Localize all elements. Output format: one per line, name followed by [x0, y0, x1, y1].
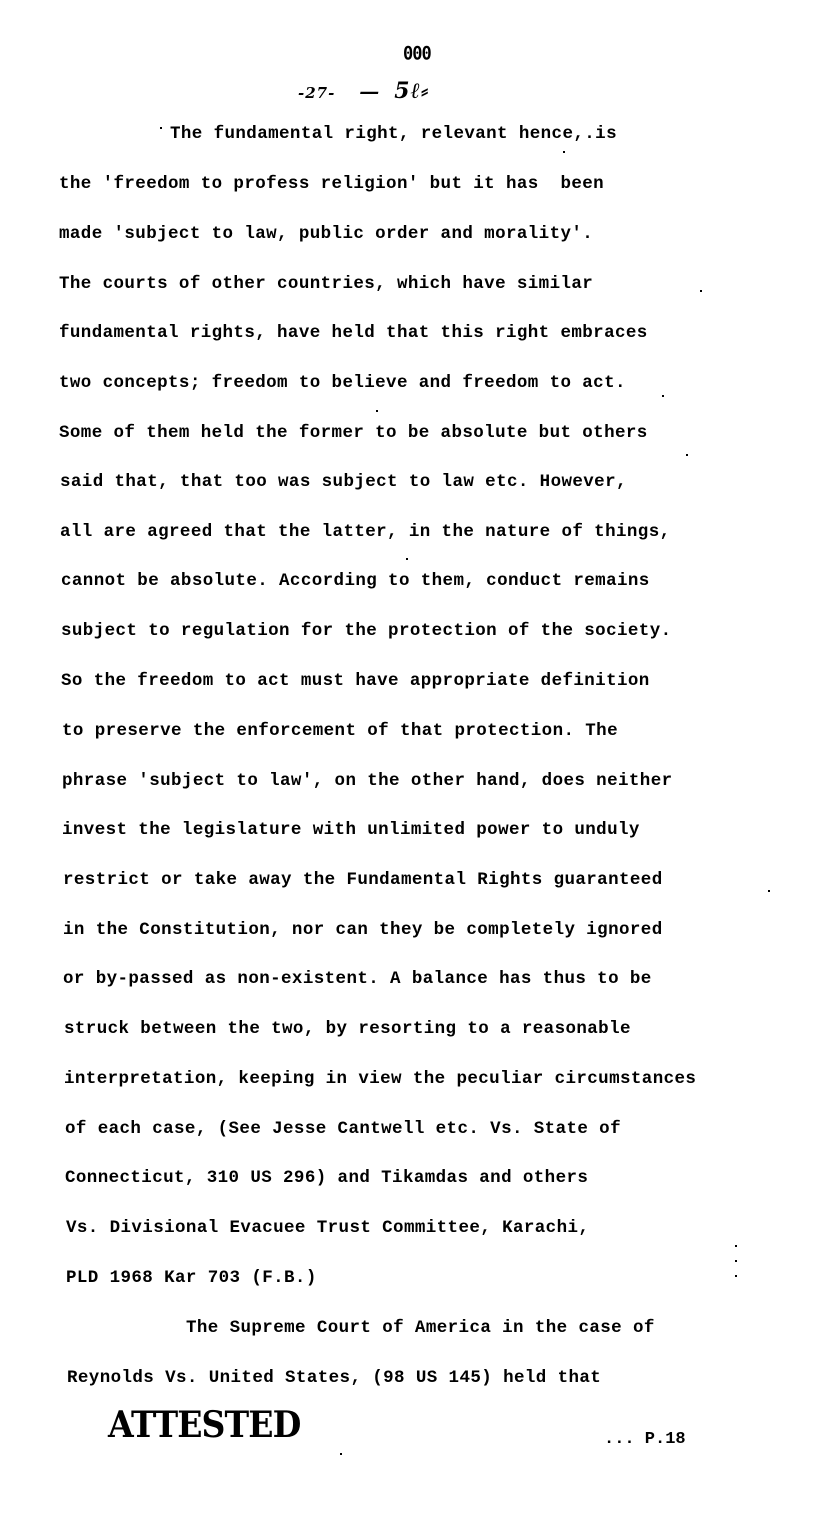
handwritten-mark-new-page: 5ℓ⸗: [394, 78, 429, 104]
scan-speck: [768, 890, 770, 892]
scan-speck: [563, 151, 565, 153]
document-page: 000 -27- — 5ℓ⸗ The fundamental right, re…: [0, 0, 840, 1540]
paragraph-1-line: in the Constitution, nor can they be com…: [63, 920, 663, 940]
paragraph-1-line: The courts of other countries, which hav…: [59, 274, 593, 294]
paragraph-1-line: to preserve the enforcement of that prot…: [62, 721, 618, 741]
paragraph-1-line: PLD 1968 Kar 703 (F.B.): [66, 1268, 317, 1288]
paragraph-1-line: made 'subject to law, public order and m…: [59, 224, 593, 244]
scan-speck: [376, 410, 378, 412]
paragraph-1-line: subject to regulation for the protection…: [61, 621, 672, 641]
paragraph-1-line: So the freedom to act must have appropri…: [61, 671, 650, 691]
handwritten-mark-original-page: -27-: [298, 84, 335, 102]
paragraph-1-line: fundamental rights, have held that this …: [59, 323, 648, 343]
scan-speck: [735, 1260, 737, 1262]
paragraph-1-line: struck between the two, by resorting to …: [64, 1019, 631, 1039]
scan-speck: [735, 1275, 737, 1277]
paragraph-1-line: all are agreed that the latter, in the n…: [60, 522, 671, 542]
attested-stamp: ATTESTED: [108, 1404, 300, 1446]
paragraph-1-line: Some of them held the former to be absol…: [59, 423, 648, 443]
scan-speck: [735, 1245, 737, 1247]
paragraph-1-line: Vs. Divisional Evacuee Trust Committee, …: [66, 1218, 589, 1238]
scan-speck: [662, 395, 664, 397]
handwritten-mark-dash: —: [359, 79, 380, 103]
paragraph-1-line: said that, that too was subject to law e…: [60, 472, 627, 492]
paragraph-1-line: two concepts; freedom to believe and fre…: [59, 373, 626, 393]
paragraph-1-line: of each case, (See Jesse Cantwell etc. V…: [65, 1119, 621, 1139]
paragraph-2-line: Reynolds Vs. United States, (98 US 145) …: [67, 1368, 601, 1388]
paragraph-1-line: phrase 'subject to law', on the other ha…: [62, 771, 673, 791]
stamped-page-number: 000: [403, 43, 431, 65]
continuation-marker: ... P.18: [604, 1430, 686, 1449]
scan-speck: [686, 454, 688, 456]
paragraph-1-line: invest the legislature with unlimited po…: [62, 820, 640, 840]
paragraph-2-line: The Supreme Court of America in the case…: [186, 1318, 655, 1338]
handwritten-page-marks: -27- — 5ℓ⸗: [298, 78, 429, 104]
paragraph-1-line: interpretation, keeping in view the pecu…: [64, 1069, 696, 1089]
scan-speck: [340, 1453, 342, 1455]
paragraph-1-line: restrict or take away the Fundamental Ri…: [63, 870, 663, 890]
paragraph-1-line: Connecticut, 310 US 296) and Tikamdas an…: [65, 1168, 588, 1188]
scan-speck: [700, 290, 702, 292]
paragraph-1-line: The fundamental right, relevant hence,.i…: [170, 124, 617, 144]
scan-speck: [406, 558, 408, 560]
paragraph-1-line: cannot be absolute. According to them, c…: [61, 571, 650, 591]
paragraph-1-line: or by-passed as non-existent. A balance …: [63, 969, 652, 989]
scan-speck: [160, 127, 162, 129]
paragraph-1-line: the 'freedom to profess religion' but it…: [59, 174, 604, 194]
